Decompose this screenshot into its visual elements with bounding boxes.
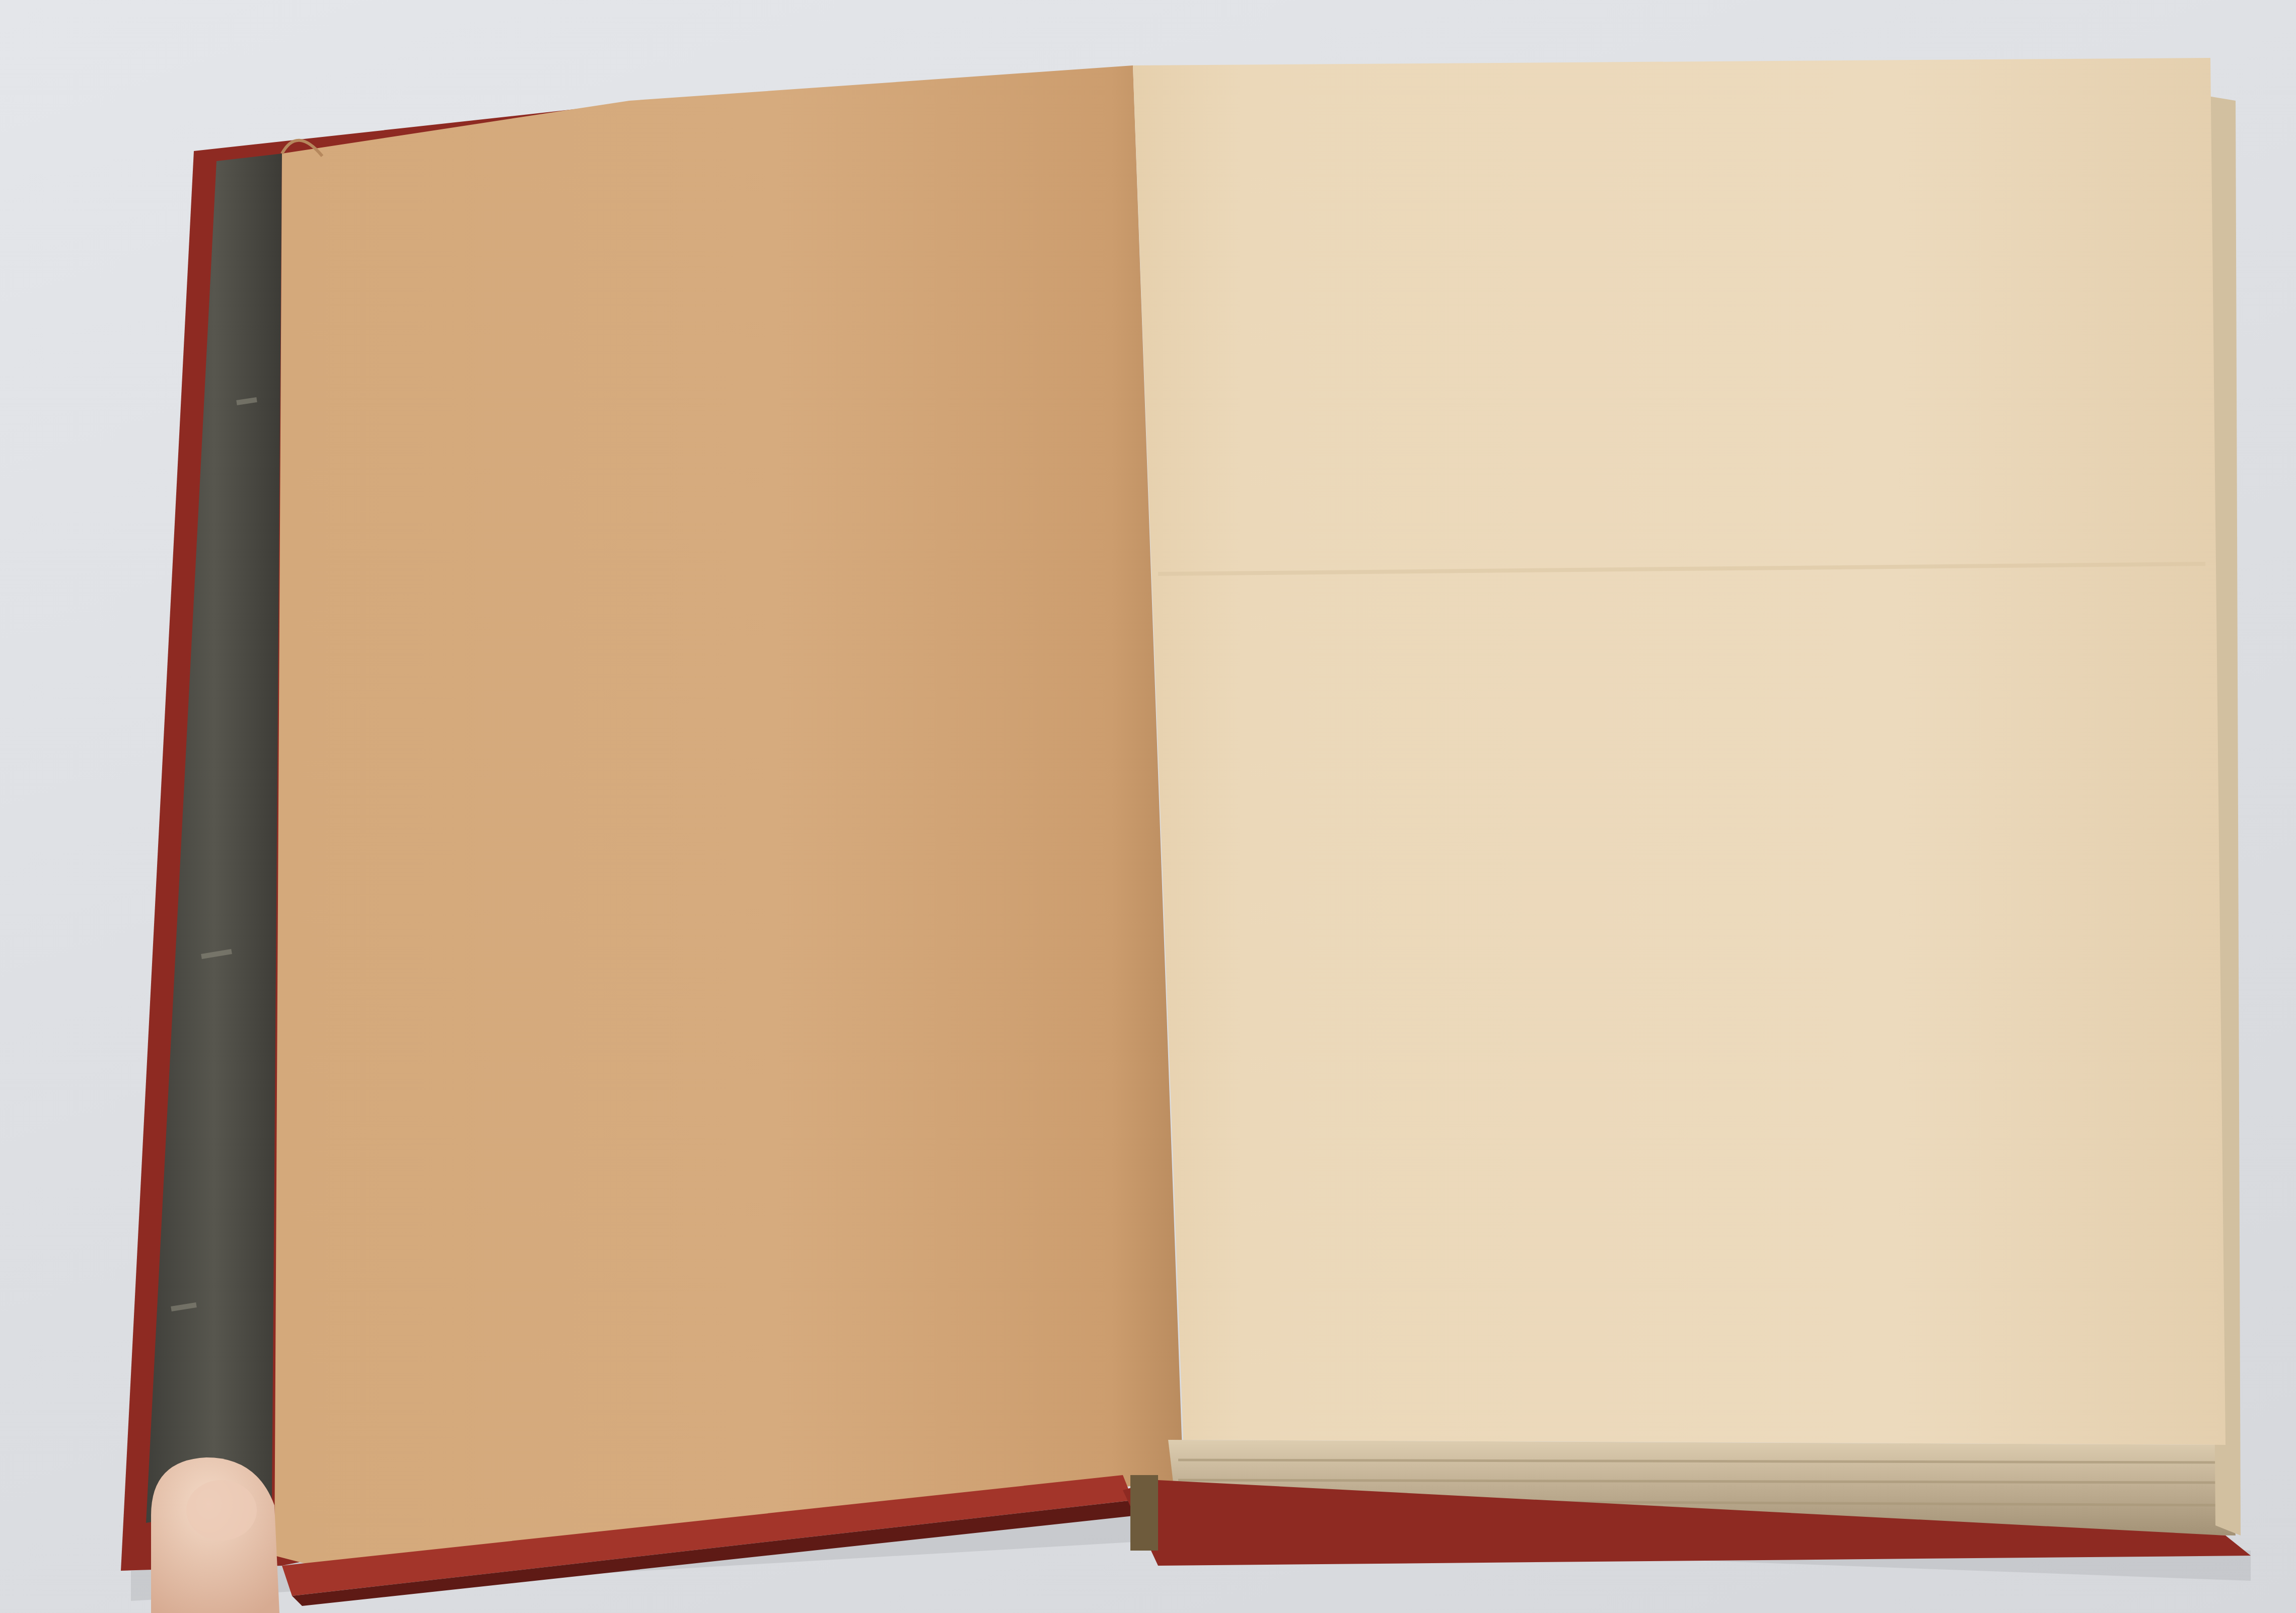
right-page bbox=[1133, 58, 2226, 1445]
left-endpage bbox=[274, 65, 1183, 1576]
headband bbox=[1130, 1475, 1158, 1551]
book-illustration bbox=[0, 0, 2296, 1613]
photo-scene: Open antique book with red leather bindi… bbox=[0, 0, 2296, 1613]
